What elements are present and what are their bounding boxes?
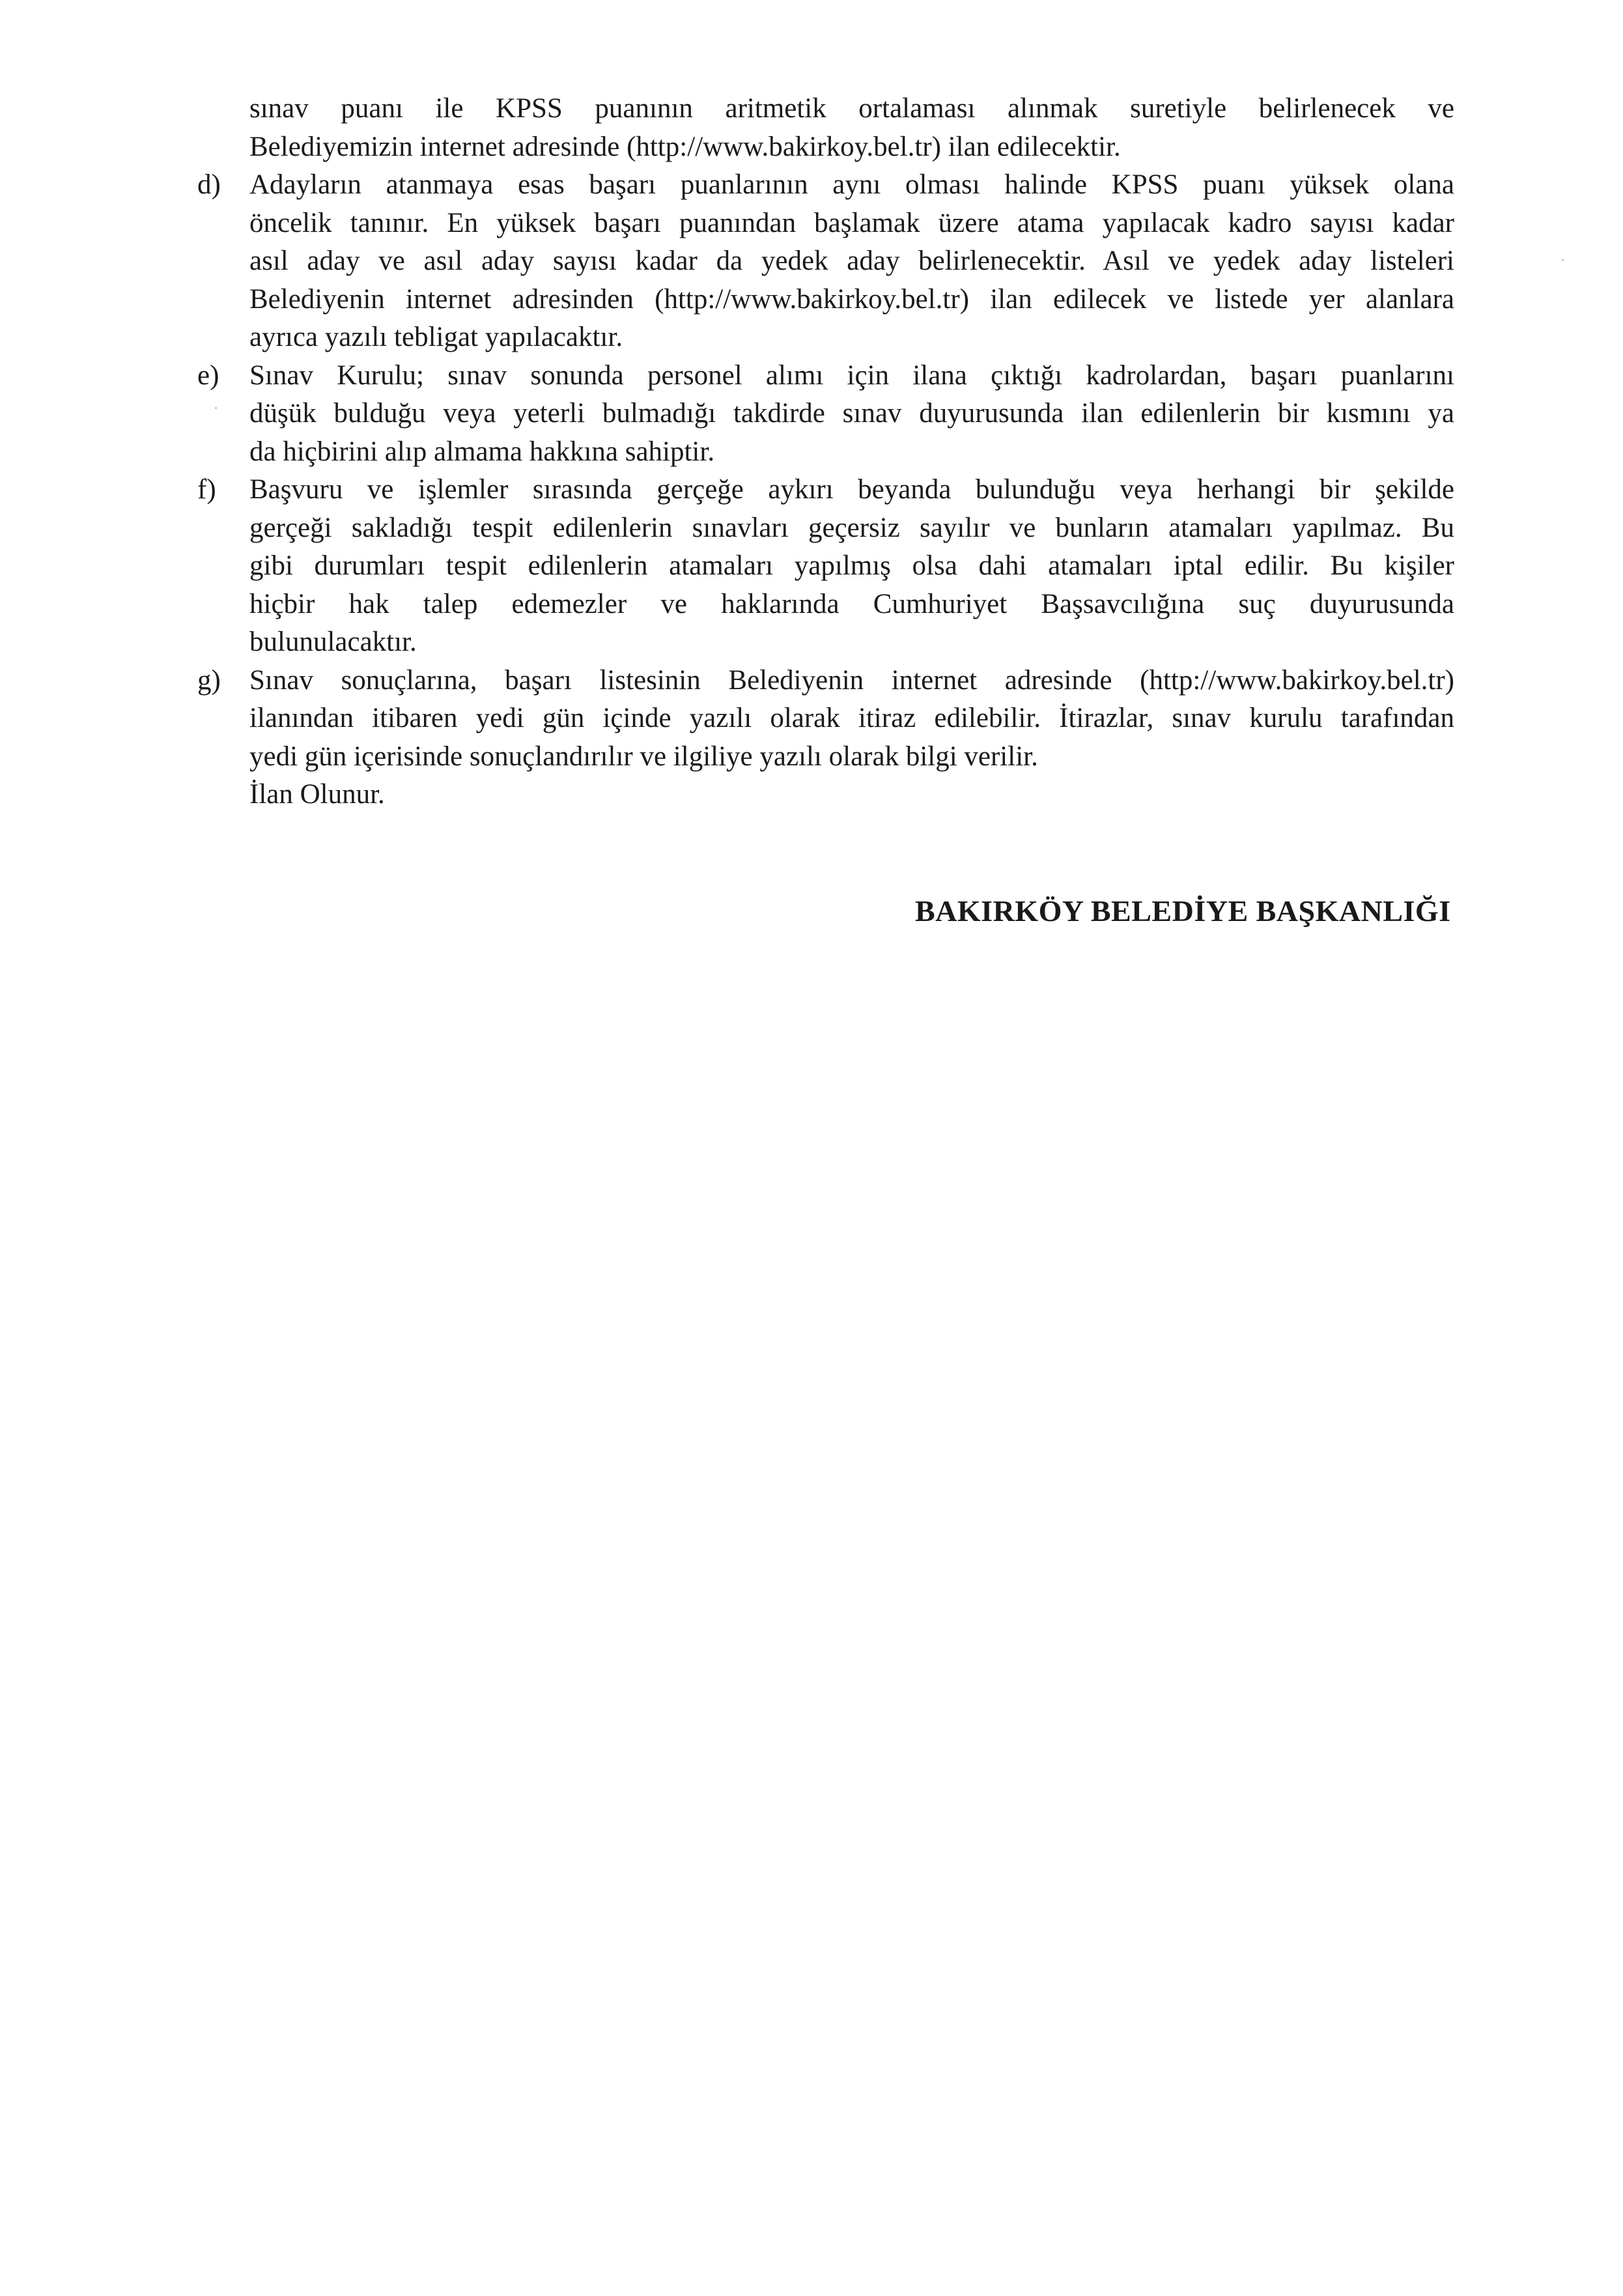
text-line: gibi durumları tespit edilenlerin atamal…: [249, 547, 1454, 586]
text-line: öncelik tanınır. En yüksek başarı puanın…: [249, 205, 1454, 243]
text-line: ayrıca yazılı tebligat yapılacaktır.: [249, 319, 1454, 357]
list-marker: f): [197, 471, 236, 509]
text-line: hiçbir hak talep edemezler ve haklarında…: [249, 586, 1454, 624]
list-item-f: f) Başvuru ve işlemler sırasında gerçeğe…: [249, 471, 1454, 662]
list-item-g: g) Sınav sonuçlarına, başarı listesinin …: [249, 662, 1454, 776]
text-line: Adayların atanmaya esas başarı puanların…: [249, 166, 1454, 205]
text-line: Sınav Kurulu; sınav sonunda personel alı…: [249, 357, 1454, 395]
text-line: Belediyenin internet adresinden (http://…: [249, 281, 1454, 319]
text-line: bulunulacaktır.: [249, 623, 1454, 662]
text-line: Başvuru ve işlemler sırasında gerçeğe ay…: [249, 471, 1454, 509]
scan-speck: [215, 407, 217, 409]
list-marker: e): [197, 357, 236, 395]
document-page: sınav puanı ile KPSS puanının aritmetik …: [0, 0, 1623, 2296]
text-line: Sınav sonuçlarına, başarı listesinin Bel…: [249, 662, 1454, 700]
text-line: gerçeği sakladığı tespit edilenlerin sın…: [249, 509, 1454, 548]
list-marker: d): [197, 166, 236, 205]
list-item-d: d) Adayların atanmaya esas başarı puanla…: [249, 166, 1454, 357]
closing-text: İlan Olunur.: [249, 776, 1454, 814]
text-line: ilanından itibaren yedi gün içinde yazıl…: [249, 700, 1454, 738]
scan-speck: [1562, 259, 1564, 261]
text-line: yedi gün içerisinde sonuçlandırılır ve i…: [249, 738, 1454, 776]
text-line: asıl aday ve asıl aday sayısı kadar da y…: [249, 242, 1454, 281]
continuation-paragraph: sınav puanı ile KPSS puanının aritmetik …: [249, 90, 1454, 166]
signature-heading: BAKIRKÖY BELEDİYE BAŞKANLIĞI: [915, 894, 1451, 928]
text-line: Belediyemizin internet adresinde (http:/…: [249, 128, 1454, 167]
list-marker: g): [197, 662, 236, 700]
list-item-e: e) Sınav Kurulu; sınav sonunda personel …: [249, 357, 1454, 472]
text-line: sınav puanı ile KPSS puanının aritmetik …: [249, 90, 1454, 128]
document-body: sınav puanı ile KPSS puanının aritmetik …: [249, 90, 1454, 814]
text-line: düşük bulduğu veya yeterli bulmadığı tak…: [249, 395, 1454, 433]
text-line: da hiçbirini alıp almama hakkına sahipti…: [249, 433, 1454, 472]
